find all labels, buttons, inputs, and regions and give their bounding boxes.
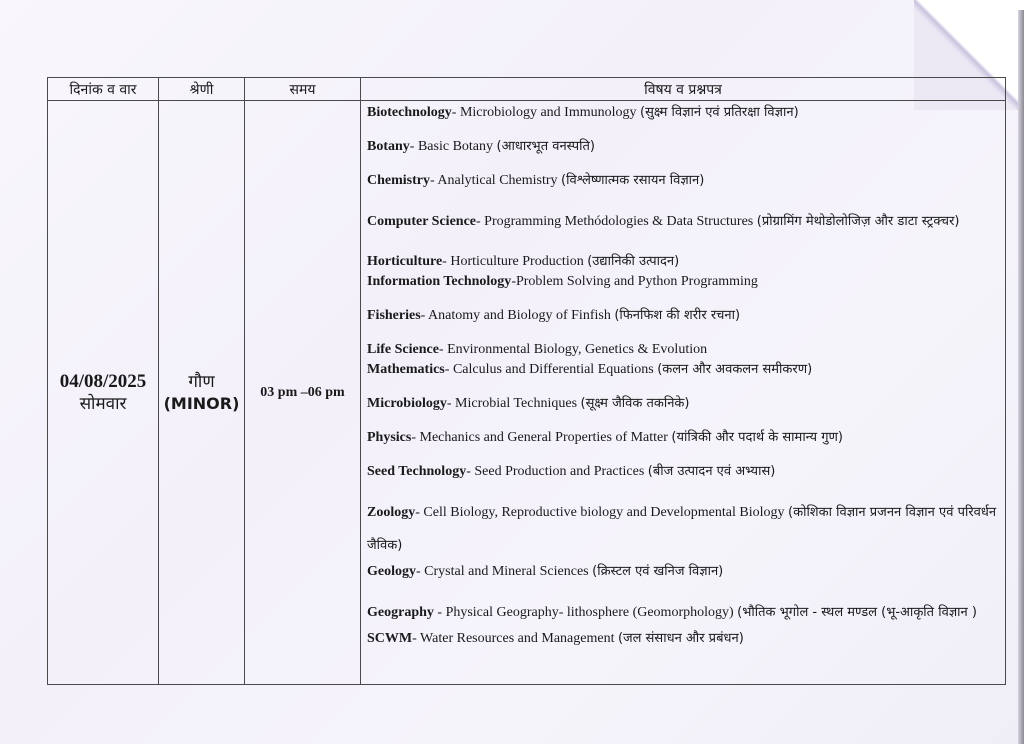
subject-name: Mathematics [367, 362, 445, 377]
paper-title-hindi: (क्रिस्टल एवं खनिज विज्ञान) [592, 564, 723, 579]
paper-title: Anatomy and Biology of Finfish [428, 308, 614, 323]
subject-separator: - [416, 564, 424, 579]
subject-name: Information Technology [367, 274, 511, 289]
paper-title: Crystal and Mineral Sciences [424, 564, 592, 579]
header-time: समय [245, 78, 361, 101]
subject-name: Biotechnology [367, 105, 452, 120]
subject-name: Microbiology [367, 396, 447, 411]
paper-title: Microbial Techniques [455, 396, 581, 411]
subject-separator: - [411, 430, 419, 445]
paper-title: Problem Solving and Python Programming [516, 274, 758, 289]
paper-title-hindi: (प्रोग्रामिंग मेथोडोलोजिज़ और डाटा स्ट्र… [757, 214, 960, 229]
subject-entry: Botany- Basic Botany (आधारभूत वनस्पति) [367, 137, 1001, 157]
paper-title: Water Resources and Management [420, 631, 618, 646]
paper-title-hindi: (उद्यानिकी उत्पादन) [587, 254, 679, 269]
subject-separator: - [410, 139, 418, 154]
paper-title-hindi: (बीज उत्पादन एवं अभ्यास) [648, 464, 776, 479]
subjects-cell: Biotechnology- Microbiology and Immunolo… [361, 101, 1006, 685]
subject-separator: - [439, 342, 447, 357]
paper-title: Mechanics and General Properties of Matt… [420, 430, 672, 445]
subject-entry: Chemistry- Analytical Chemistry (विश्लेष… [367, 171, 1001, 191]
subject-entry: Life Science- Environmental Biology, Gen… [367, 340, 1001, 360]
paper-title: Horticulture Production [450, 254, 587, 269]
subject-list: Biotechnology- Microbiology and Immunolo… [367, 103, 1001, 649]
category-english: (MINOR) [160, 393, 243, 415]
paper-title-hindi: (भौतिक भूगोल - स्थल मण्डल (भू-आकृति विज्… [737, 605, 977, 620]
paper-title-hindi: (जल संसाधन और प्रबंधन) [618, 631, 744, 646]
table-row: 04/08/2025 सोमवार गौण (MINOR) 03 pm –06 … [48, 101, 1006, 685]
subject-entry: Physics- Mechanics and General Propertie… [367, 428, 1001, 448]
category-hindi: गौण [160, 371, 243, 393]
paper-title-hindi: (कलन और अवकलन समीकरण) [657, 362, 812, 377]
paper-title-hindi: (फिनफिश की शरीर रचना) [614, 308, 740, 323]
subject-name: Physics [367, 430, 411, 445]
subject-separator: - [434, 605, 446, 620]
subject-entry: Microbiology- Microbial Techniques (सूक्… [367, 394, 1001, 414]
header-category: श्रेणी [159, 78, 245, 101]
paper-title: Microbiology and Immunology [460, 105, 640, 120]
subject-name: Chemistry [367, 173, 430, 188]
exam-day: सोमवार [49, 393, 157, 415]
date-day-cell: 04/08/2025 सोमवार [48, 101, 159, 685]
subject-separator: - [447, 396, 455, 411]
paper-title-hindi: (आधारभूत वनस्पति) [497, 139, 595, 154]
subject-name: SCWM [367, 631, 412, 646]
subject-name: Life Science [367, 342, 439, 357]
subject-entry: Information Technology-Problem Solving a… [367, 272, 1001, 292]
exam-time: 03 pm –06 pm [246, 385, 359, 401]
subject-entry: Geography - Physical Geography- lithosph… [367, 596, 1001, 629]
time-cell: 03 pm –06 pm [245, 101, 361, 685]
subject-name: Geography [367, 605, 434, 620]
subject-entry: Horticulture- Horticulture Production (उ… [367, 252, 1001, 272]
paper-title: Analytical Chemistry [437, 173, 561, 188]
paper-title-hindi: (यांत्रिकी और पदार्थ के सामान्य गुण) [671, 430, 843, 445]
paper-title: Cell Biology, Reproductive biology and D… [423, 505, 788, 520]
exam-schedule-table: दिनांक व वार श्रेणी समय विषय व प्रश्नपत्… [47, 77, 1006, 685]
subject-entry: Zoology- Cell Biology, Reproductive biol… [367, 496, 1001, 562]
subject-name: Fisheries [367, 308, 421, 323]
exam-date: 04/08/2025 [49, 371, 157, 393]
subject-separator: - [452, 105, 460, 120]
paper-title: Basic Botany [418, 139, 497, 154]
subject-entry: Biotechnology- Microbiology and Immunolo… [367, 103, 1001, 123]
scanned-document-page: दिनांक व वार श्रेणी समय विषय व प्रश्नपत्… [0, 0, 1024, 744]
subject-entry: Geology- Crystal and Mineral Sciences (क… [367, 562, 1001, 582]
paper-title: Calculus and Differential Equations [453, 362, 657, 377]
header-row: दिनांक व वार श्रेणी समय विषय व प्रश्नपत्… [48, 78, 1006, 101]
paper-title: Environmental Biology, Genetics & Evolut… [447, 342, 707, 357]
subject-separator: - [412, 631, 420, 646]
subject-name: Botany [367, 139, 410, 154]
subject-name: Computer Science [367, 214, 476, 229]
category-cell: गौण (MINOR) [159, 101, 245, 685]
subject-separator: - [445, 362, 453, 377]
page-edge-shadow [1018, 10, 1024, 744]
paper-title-hindi: (सुक्ष्म विज्ञानं एवं प्रतिरक्षा विज्ञान… [640, 105, 799, 120]
subject-entry: SCWM- Water Resources and Management (जल… [367, 629, 1001, 649]
header-subject-paper: विषय व प्रश्नपत्र [361, 78, 1006, 101]
subject-name: Horticulture [367, 254, 442, 269]
paper-title-hindi: (सूक्ष्म जैविक तकनिके) [581, 396, 690, 411]
subject-entry: Seed Technology- Seed Production and Pra… [367, 462, 1001, 482]
subject-entry: Fisheries- Anatomy and Biology of Finfis… [367, 306, 1001, 326]
paper-title: Seed Production and Practices [474, 464, 647, 479]
header-date-day: दिनांक व वार [48, 78, 159, 101]
subject-separator: - [476, 214, 484, 229]
paper-title: Programming Methódologies & Data Structu… [484, 214, 757, 229]
subject-entry: Computer Science- Programming Methódolog… [367, 205, 1001, 238]
paper-title-hindi: (विश्लेष्णात्मक रसायन विज्ञान) [561, 173, 704, 188]
subject-separator: - [421, 308, 428, 323]
subject-name: Seed Technology [367, 464, 466, 479]
subject-name: Zoology [367, 505, 415, 520]
subject-entry: Mathematics- Calculus and Differential E… [367, 360, 1001, 380]
subject-name: Geology [367, 564, 416, 579]
paper-title: Physical Geography- lithosphere (Geomorp… [446, 605, 738, 620]
